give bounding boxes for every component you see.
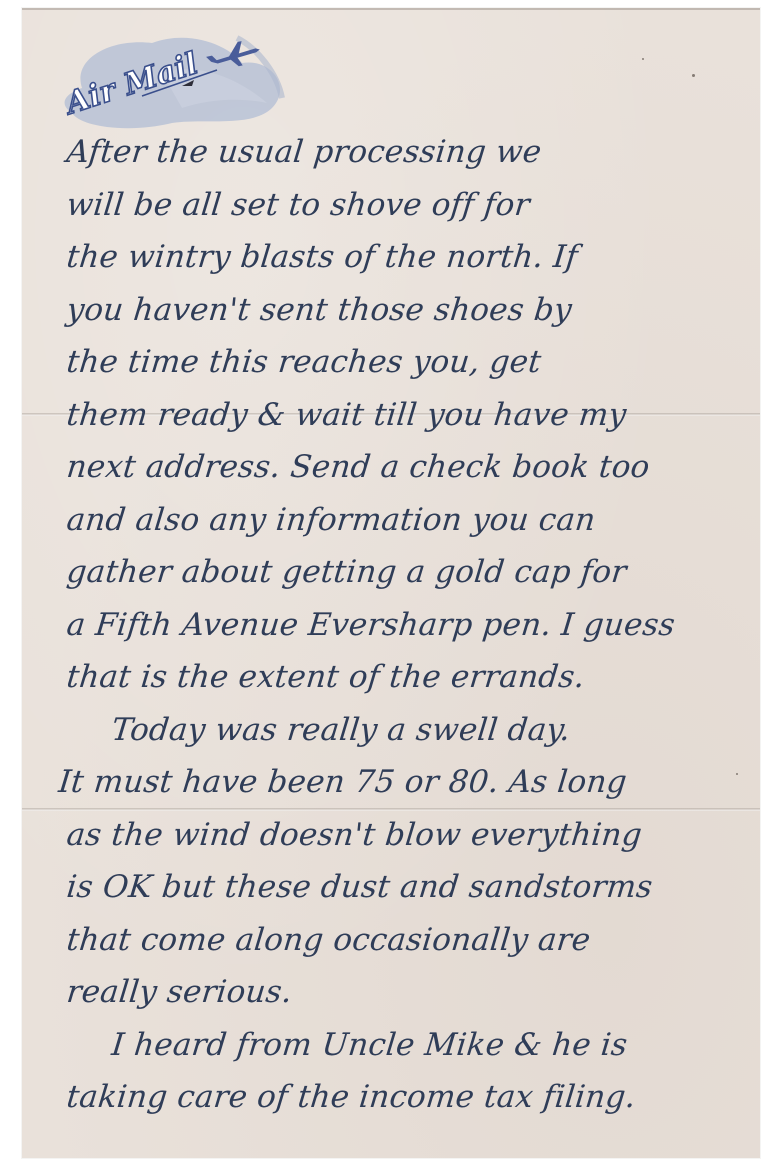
letter-line: them ready & wait till you have my xyxy=(64,389,750,442)
letter-line: next address. Send a check book too xyxy=(64,441,750,494)
paper-speck xyxy=(642,58,644,60)
letter-line: really serious. xyxy=(64,966,750,1019)
letter-line: the wintry blasts of the north. If xyxy=(64,231,750,284)
letter-page: Air Mail After the usual processing we w… xyxy=(22,8,760,1158)
air-mail-logo: Air Mail xyxy=(42,18,312,138)
letter-line: a Fifth Avenue Eversharp pen. I guess xyxy=(64,599,750,652)
letter-line: It must have been 75 or 80. As long xyxy=(56,756,750,809)
letter-line: you haven't sent those shoes by xyxy=(64,284,750,337)
airplane-cloud-icon: Air Mail xyxy=(42,18,312,138)
letter-line: that is the extent of the errands. xyxy=(64,651,750,704)
letter-line: taking care of the income tax filing. xyxy=(64,1071,750,1124)
letter-line: as the wind doesn't blow everything xyxy=(64,809,750,862)
letter-line: gather about getting a gold cap for xyxy=(64,546,750,599)
paragraph-start-line: I heard from Uncle Mike & he is xyxy=(64,1019,750,1072)
letter-line: the time this reaches you, get xyxy=(64,336,750,389)
letter-line: is OK but these dust and sandstorms xyxy=(64,861,750,914)
letter-line: and also any information you can xyxy=(64,494,750,547)
letter-line: will be all set to shove off for xyxy=(64,179,750,232)
paper-speck xyxy=(692,74,695,77)
letter-line: that come along occasionally are xyxy=(64,914,750,967)
paragraph-start-line: Today was really a swell day. xyxy=(64,704,750,757)
letter-body: After the usual processing we will be al… xyxy=(64,126,744,1124)
letter-line: After the usual processing we xyxy=(64,126,750,179)
paper-speck xyxy=(736,773,738,775)
